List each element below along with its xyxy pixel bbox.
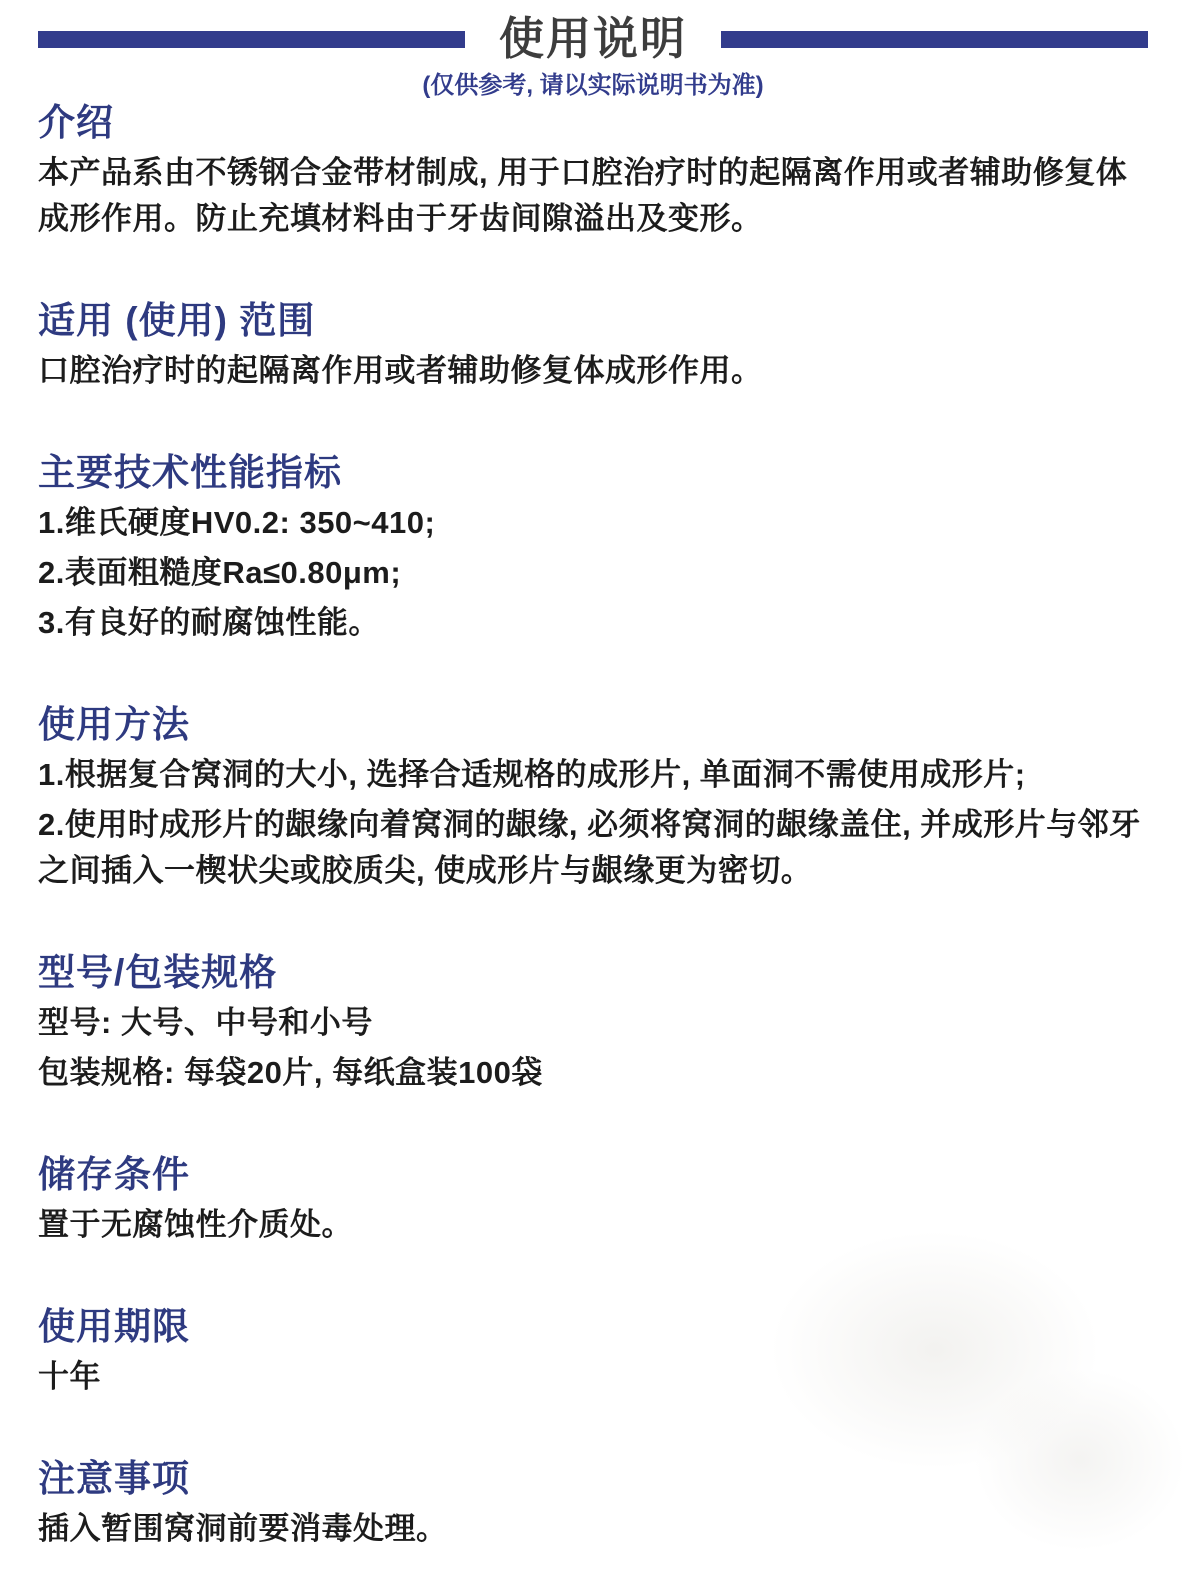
section-storage: 储存条件 置于无腐蚀性介质处。 <box>38 1152 1148 1248</box>
section-heading-notes: 注意事项 <box>38 1456 1148 1502</box>
header-rule-right <box>721 31 1148 48</box>
paragraph: 置于无腐蚀性介质处。 <box>38 1202 1148 1248</box>
page-subtitle: (仅供参考, 请以实际说明书为准) <box>38 72 1148 100</box>
section-lifetime: 使用期限 十年 <box>38 1304 1148 1400</box>
instruction-page: 使用说明 (仅供参考, 请以实际说明书为准) 介绍 本产品系由不锈钢合金带材制成… <box>0 0 1200 1595</box>
page-header: 使用说明 <box>38 10 1148 68</box>
section-heading-usage: 使用方法 <box>38 702 1148 748</box>
list-item: 2.使用时成形片的龈缘向着窝洞的龈缘, 必须将窝洞的龈缘盖住, 并成形片与邻牙之… <box>38 802 1148 894</box>
section-specs: 主要技术性能指标 1.维氏硬度HV0.2: 350~410; 2.表面粗糙度Ra… <box>38 450 1148 646</box>
paragraph: 十年 <box>38 1354 1148 1400</box>
section-intro: 介绍 本产品系由不锈钢合金带材制成, 用于口腔治疗时的起隔离作用或者辅助修复体成… <box>38 100 1148 242</box>
section-heading-scope: 适用 (使用) 范围 <box>38 298 1148 344</box>
section-heading-intro: 介绍 <box>38 100 1148 146</box>
paragraph: 本产品系由不锈钢合金带材制成, 用于口腔治疗时的起隔离作用或者辅助修复体成形作用… <box>38 150 1148 242</box>
list-item: 3.有良好的耐腐蚀性能。 <box>38 600 1148 646</box>
page-title: 使用说明 <box>499 10 687 68</box>
section-heading-storage: 储存条件 <box>38 1152 1148 1198</box>
list-item: 1.维氏硬度HV0.2: 350~410; <box>38 500 1148 546</box>
paragraph: 型号: 大号、中号和小号 <box>38 1000 1148 1046</box>
section-model: 型号/包装规格 型号: 大号、中号和小号 包装规格: 每袋20片, 每纸盒装10… <box>38 950 1148 1096</box>
section-heading-lifetime: 使用期限 <box>38 1304 1148 1350</box>
list-item: 1.根据复合窝洞的大小, 选择合适规格的成形片, 单面洞不需使用成形片; <box>38 752 1148 798</box>
section-heading-model: 型号/包装规格 <box>38 950 1148 996</box>
paragraph: 插入暂围窝洞前要消毒处理。 <box>38 1506 1148 1552</box>
section-heading-specs: 主要技术性能指标 <box>38 450 1148 496</box>
list-item: 2.表面粗糙度Ra≤0.80μm; <box>38 550 1148 596</box>
header-rule-left <box>38 31 465 48</box>
page-content: 使用说明 (仅供参考, 请以实际说明书为准) 介绍 本产品系由不锈钢合金带材制成… <box>0 0 1200 1552</box>
section-usage: 使用方法 1.根据复合窝洞的大小, 选择合适规格的成形片, 单面洞不需使用成形片… <box>38 702 1148 894</box>
paragraph: 包装规格: 每袋20片, 每纸盒装100袋 <box>38 1050 1148 1096</box>
section-notes: 注意事项 插入暂围窝洞前要消毒处理。 <box>38 1456 1148 1552</box>
section-scope: 适用 (使用) 范围 口腔治疗时的起隔离作用或者辅助修复体成形作用。 <box>38 298 1148 394</box>
paragraph: 口腔治疗时的起隔离作用或者辅助修复体成形作用。 <box>38 348 1148 394</box>
